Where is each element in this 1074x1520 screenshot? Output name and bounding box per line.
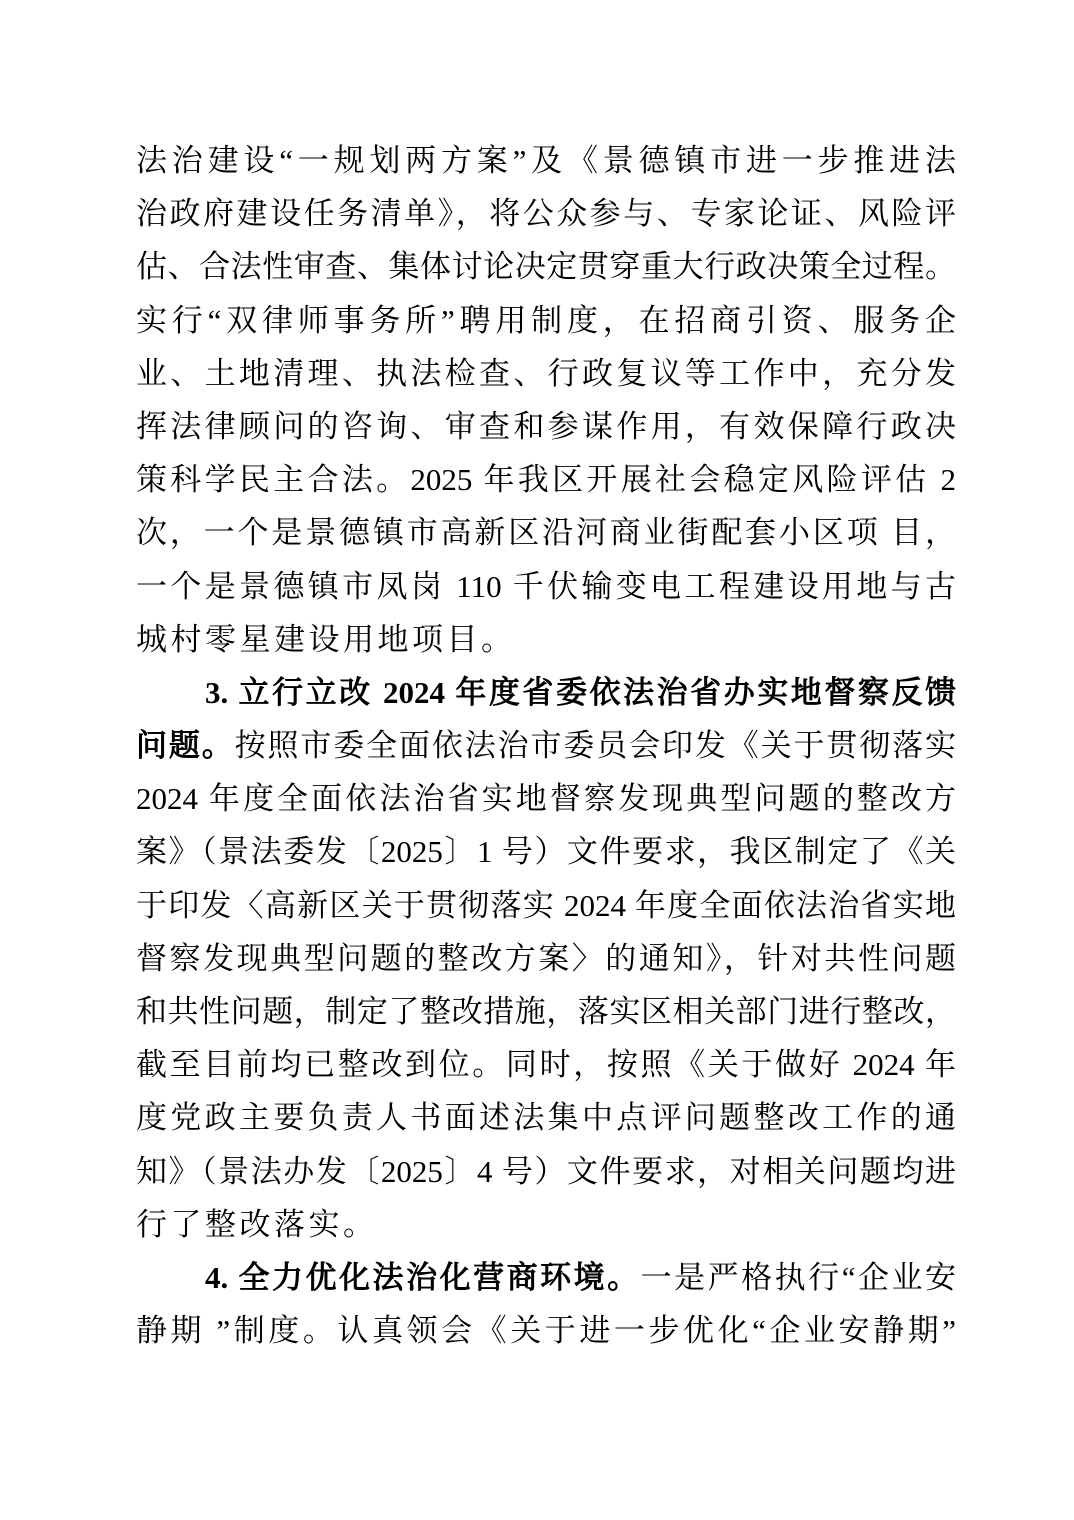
text-line: 法治建设“一规划两方案”及《景德镇市进一步推进法 [136,134,956,187]
text-run: 静期 ”制度。认真领会《关于进一步优化“企业安静期” [136,1313,956,1348]
text-run: 和共性问题，制定了整改措施，落实区相关部门进行整改， [136,994,956,1029]
text-run: 一个是景德镇市凤岗 110 千伏输变电工程建设用地与古 [136,569,956,604]
text-line: 估、合法性审查、集体讨论决定贯穿重大行政决策全过程。 [136,240,956,293]
text-run: 次，一个是景德镇市高新区沿河商业街配套小区项 目， [136,515,956,550]
text-line: 案》（景法委发〔2025〕1 号）文件要求，我区制定了《关 [136,825,956,878]
text-line: 治政府建设任务清单》，将公众参与、专家论证、风险评 [136,187,956,240]
text-line: 策科学民主合法。2025 年我区开展社会稳定风险评估 2 [136,453,956,506]
text-line: 督察发现典型问题的整改方案〉的通知》，针对共性问题 [136,932,956,985]
text-line: 4. 全力优化法治化营商环境。一是严格执行“企业安 [136,1251,956,1304]
document-page: 法治建设“一规划两方案”及《景德镇市进一步推进法治政府建设任务清单》，将公众参与… [0,0,1074,1520]
text-line: 一个是景德镇市凤岗 110 千伏输变电工程建设用地与古 [136,560,956,613]
text-line: 于印发〈高新区关于贯彻落实 2024 年度全面依法治省实地 [136,879,956,932]
text-line: 3. 立行立改 2024 年度省委依法治省办实地督察反馈 [136,666,956,719]
bold-text-run: 问题。 [136,728,235,763]
text-line: 问题。按照市委全面依法治市委员会印发《关于贯彻落实 [136,719,956,772]
text-run: 挥法律顾问的咨询、审查和参谋作用，有效保障行政决 [136,409,956,444]
text-run: 业、土地清理、执法检查、行政复议等工作中，充分发 [136,356,956,391]
text-run: 2024 年度全面依法治省实地督察发现典型问题的整改方 [136,781,956,816]
text-line: 城村零星建设用地项目。 [136,613,956,666]
text-run: 城村零星建设用地项目。 [136,622,516,657]
text-line: 2024 年度全面依法治省实地督察发现典型问题的整改方 [136,772,956,825]
text-content: 法治建设“一规划两方案”及《景德镇市进一步推进法治政府建设任务清单》，将公众参与… [136,134,956,1357]
text-line: 截至目前均已整改到位。同时，按照《关于做好 2024 年 [136,1038,956,1091]
text-line: 静期 ”制度。认真领会《关于进一步优化“企业安静期” [136,1304,956,1357]
text-run: 策科学民主合法。2025 年我区开展社会稳定风险评估 2 [136,462,956,497]
text-line: 业、土地清理、执法检查、行政复议等工作中，充分发 [136,347,956,400]
text-run: 督察发现典型问题的整改方案〉的通知》，针对共性问题 [136,941,956,976]
text-line: 和共性问题，制定了整改措施，落实区相关部门进行整改， [136,985,956,1038]
text-run: 截至目前均已整改到位。同时，按照《关于做好 2024 年 [136,1047,956,1082]
text-run: 行了整改落实。 [136,1207,378,1242]
text-line: 挥法律顾问的咨询、审查和参谋作用，有效保障行政决 [136,400,956,453]
text-line: 次，一个是景德镇市高新区沿河商业街配套小区项 目， [136,506,956,559]
text-run: 于印发〈高新区关于贯彻落实 2024 年度全面依法治省实地 [136,888,956,923]
text-run: 法治建设“一规划两方案”及《景德镇市进一步推进法 [136,143,956,178]
bold-text-run: 4. 全力优化法治化营商环境。 [205,1260,641,1295]
text-run: 一是严格执行“企业安 [641,1260,956,1295]
text-run: 治政府建设任务清单》，将公众参与、专家论证、风险评 [136,196,956,231]
text-run: 知》（景法办发〔2025〕4 号）文件要求，对相关问题均进 [136,1154,956,1189]
text-line: 度党政主要负责人书面述法集中点评问题整改工作的通 [136,1091,956,1144]
text-line: 行了整改落实。 [136,1198,956,1251]
text-run: 度党政主要负责人书面述法集中点评问题整改工作的通 [136,1100,956,1135]
text-run: 案》（景法委发〔2025〕1 号）文件要求，我区制定了《关 [136,834,956,869]
text-run: 估、合法性审查、集体讨论决定贯穿重大行政决策全过程。 [136,249,956,284]
text-line: 实行“双律师事务所”聘用制度，在招商引资、服务企 [136,294,956,347]
text-line: 知》（景法办发〔2025〕4 号）文件要求，对相关问题均进 [136,1145,956,1198]
text-run: 实行“双律师事务所”聘用制度，在招商引资、服务企 [136,303,956,338]
bold-text-run: 3. 立行立改 2024 年度省委依法治省办实地督察反馈 [205,675,956,710]
text-run: 按照市委全面依法治市委员会印发《关于贯彻落实 [235,728,956,763]
